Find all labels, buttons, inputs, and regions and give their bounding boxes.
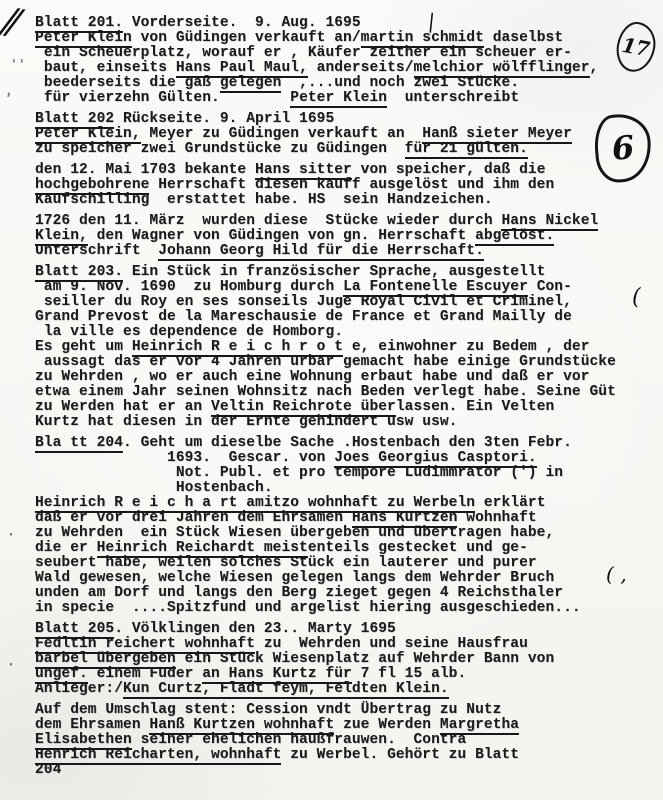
text-segment: . Geht um dieselbe Sache .Hostenbach den… — [123, 435, 572, 451]
scan-noise-speck: '' — [10, 58, 26, 73]
text-line: zu Wehrden , wo er auch eine Wohnung erb… — [35, 370, 616, 385]
text-line: aussagt das er vor 4 Jahren urbar gemach… — [35, 355, 616, 370]
text-line: seiller du Roy en ses sonseils Juge Roya… — [35, 295, 616, 310]
text-segment: beederseits die gaß — [44, 75, 220, 91]
text-segment: Ein Stück in französischer Sprache, ausg… — [123, 264, 545, 280]
text-line: daß er vor drei Jahren dem Ehrsamen Hans… — [35, 511, 616, 526]
text-line: zu speicher zwei Grundstücke zu Güdingen… — [35, 142, 616, 157]
text-segment: Es geht um — [35, 339, 132, 355]
text-line: seubert habe, weilen solches Stück ein l… — [35, 556, 616, 571]
text-line: Anlieger:/Kun Curtz, Fladt feym, Feldten… — [35, 682, 616, 697]
text-segment: den 12. Mai 1703 bekante — [35, 162, 255, 178]
text-segment: Hostenbach. — [176, 480, 273, 496]
text-line: Kurtz hat diesen in der Ernte gehindert … — [35, 415, 616, 430]
handwritten-paren-mark: ( , — [606, 567, 627, 582]
text-line: Not. Publ. et pro tempore Ludimmrator ('… — [35, 466, 616, 481]
text-line: Blatt 203. Ein Stück in französischer Sp… — [35, 265, 616, 280]
text-line: barbel übergeben ein Stück Wiesenplatz a… — [35, 652, 616, 667]
text-line: Henrich Reicharten, wohnhaft zu Werbel. … — [35, 748, 616, 763]
scanned-document-page: Blatt 201. Vorderseite. 9. Aug. 1695Pete… — [0, 0, 663, 800]
text-line: 1693. Gescar. von Joes Georgius Casptori… — [35, 451, 616, 466]
handwritten-paren-mark: ( — [632, 290, 641, 305]
text-segment: seubert habe, weilen solches Stück ein l… — [35, 555, 537, 571]
text-segment: etwa einem Jahr seinen Wohnsitz nach Bed… — [35, 384, 616, 400]
underlined-text: Johann Georg Hild für die Herrschaft. — [158, 243, 484, 261]
text-line: unden am Dorf und langs den Berg zieget … — [35, 586, 616, 601]
text-line: Auf dem Umschlag stent: Cession vndt Übe… — [35, 703, 616, 718]
text-segment: am 9. Nov. 1690 zu Homburg durch — [44, 279, 343, 295]
text-segment: unterschreibt — [387, 90, 519, 106]
text-segment: seiller du Roy en ses sonseils Juge Roya… — [44, 294, 572, 310]
text-segment: ein Scheuerplatz, worauf er , Käufer zei… — [44, 45, 572, 61]
text-segment: wohnhaft — [457, 510, 536, 526]
text-line: Wald gewesen, welche Wiesen gelegen lang… — [35, 571, 616, 586]
text-line: beederseits die gaß gelegen ,...und noch… — [35, 76, 616, 91]
text-line: dem Ehrsamen Hanß Kurtzen wohnhaft zue W… — [35, 718, 616, 733]
text-line: Blatt 201. Vorderseite. 9. Aug. 1695 — [35, 16, 616, 31]
text-line: ein Scheuerplatz, worauf er , Käufer zei… — [35, 46, 616, 61]
text-segment: die er — [35, 540, 97, 556]
text-segment: den Wagner von Güdingen von gn. Herrscha… — [88, 228, 475, 244]
text-line: Kaufschilling erstattet habe. HS sein Ha… — [35, 193, 616, 208]
text-line: Klein, den Wagner von Güdingen von gn. H… — [35, 229, 616, 244]
text-segment: 204 — [35, 762, 61, 778]
text-line: die er Heinrich Reichardt meistenteils g… — [35, 541, 616, 556]
text-line: 204 — [35, 763, 616, 778]
text-line: in specie ....Spitzfund und argelist hie… — [35, 601, 616, 616]
block-blatt-202: Blatt 202 Rückseite. 9. April 1695Peter … — [35, 112, 616, 157]
text-segment: zu Werden hat er an — [35, 399, 211, 415]
text-line: Blatt 205. Völklingen den 23.. Marty 169… — [35, 622, 616, 637]
block-blatt-201: Blatt 201. Vorderseite. 9. Aug. 1695Pete… — [35, 16, 616, 106]
text-line: etwa einem Jahr seinen Wohnsitz nach Bed… — [35, 385, 616, 400]
underlined-text: abgelöst. — [475, 228, 554, 246]
text-segment: 1726 den 11. März wurden diese Stücke wi… — [35, 213, 501, 229]
text-segment: Meyer zu Güdingen verkauft an — [141, 126, 423, 142]
handwritten-circled-number-6: 6 — [592, 112, 654, 185]
text-segment: unden am Dorf und langs den Berg zieget … — [35, 585, 563, 601]
text-segment: aussagt das er vor 4 Jahren urbar gemach… — [44, 354, 616, 370]
text-segment: zu speicher zwei Grundstücke zu Güdingen — [35, 141, 405, 157]
text-line: für vierzehn Gülten. Peter Klein untersc… — [35, 91, 616, 106]
text-line: den 12. Mai 1703 bekante Hans sitter von… — [35, 163, 616, 178]
text-line: Peter Klein, Meyer zu Güdingen verkauft … — [35, 127, 616, 142]
block-umschlag: Auf dem Umschlag stent: Cession vndt Übe… — [35, 703, 616, 778]
underlined-text: für 21 gülten. — [405, 141, 528, 159]
text-segment: dem Ehrsamen — [35, 717, 149, 733]
text-segment: Grand Prevost de la Mareschausie de Fran… — [35, 309, 572, 325]
text-segment: daß er vor drei Jahren dem Ehrsamen — [35, 510, 352, 526]
underlined-text: Kun Curtz, Fladt feym, Feldten Klein. — [123, 681, 449, 699]
text-segment: . Völklingen den 23.. Marty 1695 — [114, 621, 396, 637]
text-line: Blatt 202 Rückseite. 9. April 1695 — [35, 112, 616, 127]
text-line: 1726 den 11. März wurden diese Stücke wi… — [35, 214, 616, 229]
text-line: Heinrich R e i c h a rt amitzo wohnhaft … — [35, 496, 616, 511]
text-segment: enteils gestecket und ge- — [308, 540, 528, 556]
text-segment: Herrschaft diesen kauff ausgelöst und ih… — [149, 177, 554, 193]
handwritten-double-slash-mark: // — [2, 13, 15, 30]
document-text: Blatt 201. Vorderseite. 9. Aug. 1695Pete… — [35, 16, 616, 784]
text-segment: lassen. Ein Velten — [396, 399, 554, 415]
handwritten-stroke-mark: | — [427, 14, 435, 30]
text-line: am 9. Nov. 1690 zu Homburg durch La Font… — [35, 280, 616, 295]
underlined-text: Peter Klein — [290, 90, 387, 108]
text-segment: von speicher, daß die — [352, 162, 546, 178]
text-segment: von Güdingen verkauft an/ — [132, 30, 361, 46]
text-line: ungef. einem Fuder an Hans Kurtz für 7 f… — [35, 667, 616, 682]
text-segment: Unterschrift — [35, 243, 158, 259]
handwritten-circled-number-17: 17 — [613, 19, 659, 75]
text-segment: Anlieger:/ — [35, 681, 123, 697]
text-segment: Not. Publ. et pro tempore Ludimmrator ('… — [176, 465, 563, 481]
text-segment: seiner ehelichen haußfrauwen. Contra — [132, 732, 466, 748]
block-blatt-205: Blatt 205. Völklingen den 23.. Marty 169… — [35, 622, 616, 697]
text-line: baut, einseits Hans Paul Maul, anderseit… — [35, 61, 616, 76]
text-segment: zu Wehrden ein Stück Wiesen übergeben un… — [35, 525, 554, 541]
text-segment: Vorderseite. 9. Aug. 1695 — [123, 15, 361, 31]
scan-noise-speck: · — [7, 528, 15, 543]
text-segment: daselbst — [484, 30, 563, 46]
text-segment: baut, einseits — [44, 60, 176, 76]
block-blatt-203: Blatt 203. Ein Stück in französischer Sp… — [35, 265, 616, 430]
text-line: Unterschrift Johann Georg Hild für die H… — [35, 244, 616, 259]
block-nachtrag-1703: den 12. Mai 1703 bekante Hans sitter von… — [35, 163, 616, 208]
scan-noise-speck: ‚ — [5, 84, 13, 99]
text-line: la ville es dependence de Homborg. — [35, 325, 616, 340]
text-segment: , — [590, 60, 599, 76]
text-line: Hostenbach. — [35, 481, 616, 496]
text-line: Fedltin reichert wohnhaft zu Wehrden und… — [35, 637, 616, 652]
text-segment: Con- — [528, 279, 572, 295]
text-line: hochgebohrene Herrschaft diesen kauff au… — [35, 178, 616, 193]
text-segment: Auf dem Umschlag stent: Cession vndt Übe… — [35, 702, 501, 718]
text-line: Es geht um Heinrich R e i c h r o t e, e… — [35, 340, 616, 355]
text-segment: ,...und noch zwei Stücke. — [281, 75, 519, 91]
underlined-text: Henrich Reicharten, wohnhaft — [35, 747, 281, 765]
text-segment: 1693. Gescar. von — [167, 450, 334, 466]
block-blatt-204: Bla tt 204. Geht um dieselbe Sache .Host… — [35, 436, 616, 616]
text-line: zu Werden hat er an Veltin Reichrote übe… — [35, 400, 616, 415]
text-segment: la ville es dependence de Homborg. — [44, 324, 343, 340]
text-segment: Kurtz hat diesen in der Ernte gehindert … — [35, 414, 457, 430]
text-line: Grand Prevost de la Mareschausie de Fran… — [35, 310, 616, 325]
text-segment: e, einwohner zu Bedem , der — [343, 339, 589, 355]
text-segment: zu Werbel. Gehört zu Blatt — [281, 747, 519, 763]
text-segment: erklärt — [475, 495, 545, 511]
text-segment: für vierzehn Gülten. — [44, 90, 290, 106]
text-segment: Wald gewesen, welche Wiesen gelegen lang… — [35, 570, 554, 586]
text-segment: zu Wehrden und seine Hausfrau — [255, 636, 528, 652]
text-segment: zue Werden — [334, 717, 440, 733]
text-line: Bla tt 204. Geht um dieselbe Sache .Host… — [35, 436, 616, 451]
text-segment: einem Fuder — [88, 666, 202, 682]
text-segment: Kaufschilling erstattet habe. HS sein Ha… — [35, 192, 493, 208]
text-segment: zu Wehrden , wo er auch eine Wohnung erb… — [35, 369, 590, 385]
text-segment: in specie ....Spitzfund und argelist hie… — [35, 600, 581, 616]
text-segment: 7 fl 15 alb. — [352, 666, 466, 682]
scan-noise-speck: · — [7, 658, 15, 673]
text-line: Peter Klein von Güdingen verkauft an/mar… — [35, 31, 616, 46]
block-nachtrag-1726: 1726 den 11. März wurden diese Stücke wi… — [35, 214, 616, 259]
text-segment: anderseits/ — [308, 60, 414, 76]
text-line: Elisabethen seiner ehelichen haußfrauwen… — [35, 733, 616, 748]
text-segment: Rückseite. 9. April 1695 — [114, 111, 334, 127]
text-line: zu Wehrden ein Stück Wiesen übergeben un… — [35, 526, 616, 541]
text-segment: ein Stück Wiesenplatz auf Wehrder Bann v… — [176, 651, 554, 667]
